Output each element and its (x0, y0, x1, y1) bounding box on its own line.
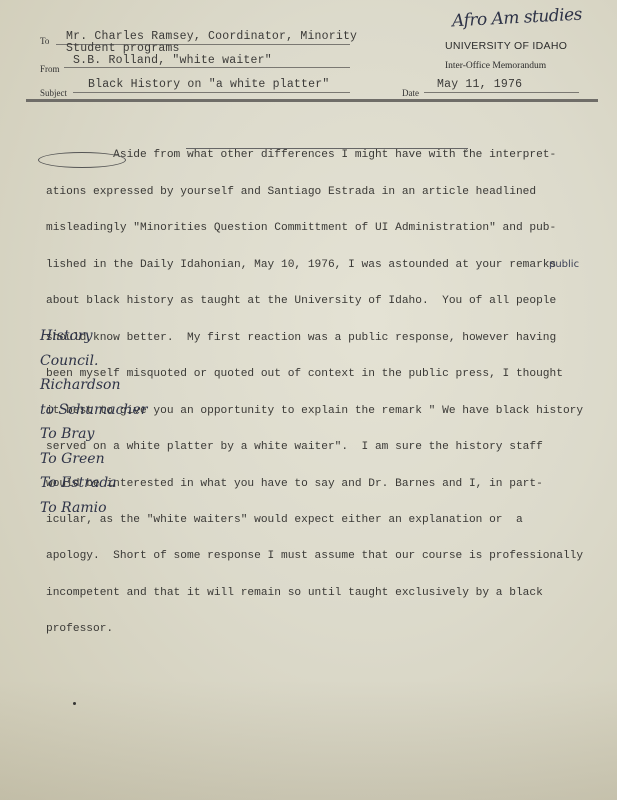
handwritten-circle-mark (38, 152, 126, 168)
distribution-entry: To Ramio (40, 496, 147, 521)
from-label: From (40, 64, 60, 74)
body-line: professor. (46, 623, 616, 635)
date-label: Date (402, 88, 419, 98)
subject-field: Black History on "a white platter" (88, 78, 329, 91)
from-rule (64, 67, 350, 68)
distribution-entry: To Bray (40, 422, 147, 447)
paper-speck (73, 702, 76, 705)
organization-name: UNIVERSITY OF IDAHO (445, 40, 567, 52)
body-line: about black history as taught at the Uni… (46, 295, 616, 307)
date-rule (424, 92, 579, 93)
distribution-entry: to Schumacher (40, 398, 147, 423)
subject-label: Subject (40, 88, 67, 98)
distribution-entry: To Green (40, 447, 147, 472)
date-field: May 11, 1976 (437, 78, 522, 91)
distribution-entry: To Estrada (40, 471, 147, 496)
memo-type: Inter-Office Memorandum (445, 61, 546, 71)
subject-rule (73, 92, 350, 93)
body-line: ations expressed by yourself and Santiag… (46, 186, 616, 198)
body-line: apology. Short of some response I must a… (46, 550, 616, 562)
body-line: lished in the Daily Idahonian, May 10, 1… (46, 259, 616, 271)
body-line: incompetent and that it will remain so u… (46, 587, 616, 599)
handwritten-underline-mark (186, 148, 468, 149)
body-line: Aside from what other differences I migh… (46, 149, 616, 161)
distribution-entry: History (40, 324, 147, 349)
distribution-entry: Council. (40, 349, 147, 374)
handwritten-insert: public (549, 259, 579, 270)
body-line: misleadingly "Minorities Question Commit… (46, 222, 616, 234)
distribution-entry: Richardson (40, 373, 147, 398)
header-divider (26, 99, 598, 102)
insertion-caret-icon: ‸ (465, 142, 468, 152)
from-field: S.B. Rolland, "white waiter" (73, 54, 272, 67)
handwritten-top-note: Afro Am studies (452, 5, 583, 32)
handwritten-distribution-list: History Council. Richardson to Schumache… (40, 324, 147, 520)
to-label: To (40, 36, 49, 46)
